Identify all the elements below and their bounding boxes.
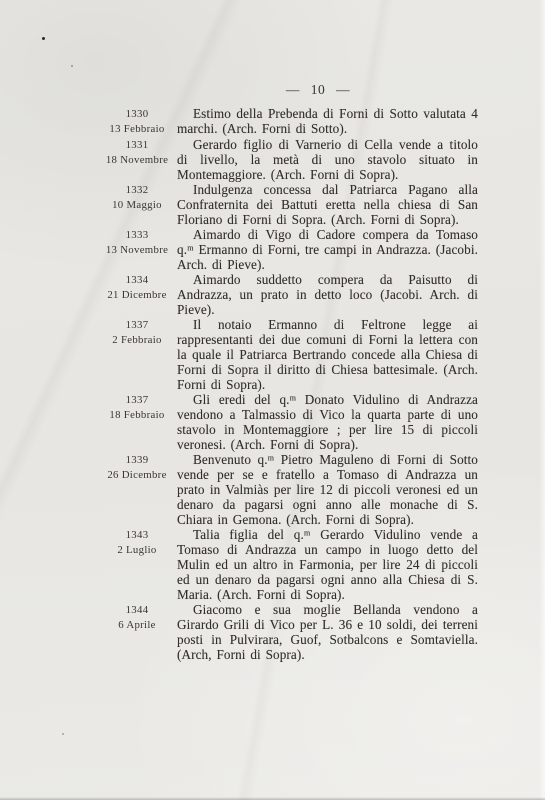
entry-date: 1333 13 Novembre [97, 227, 177, 258]
ink-speck [42, 37, 45, 40]
entry-day: 13 Febbraio [97, 122, 177, 137]
regesto-entry: 1339 26 Dicembre Benvenuto q.ᵐ Pietro Ma… [97, 452, 478, 527]
entry-text: Giacomo e sua moglie Bellanda vendono a … [177, 602, 478, 662]
entry-year: 1330 [97, 107, 177, 122]
ink-speck [62, 733, 64, 735]
page-number: — 10 — [240, 82, 396, 98]
regesto-entry: 1333 13 Novembre Aimardo di Vigo di Cado… [97, 227, 478, 272]
entry-text: Indulgenza concessa dal Patriarca Pagano… [177, 182, 478, 227]
entry-date: 1331 18 Novembre [97, 137, 177, 168]
entry-day: 13 Novembre [97, 243, 177, 258]
entry-date: 1339 26 Dicembre [97, 452, 177, 483]
entry-text: Il notaio Ermanno di Feltrone legge ai r… [177, 317, 478, 392]
entry-text: Talia figlia del q.ᵐ Gerardo Vidulino ve… [177, 527, 478, 602]
entry-year: 1339 [97, 453, 177, 468]
entry-text: Gerardo figlio di Varnerio di Cella vend… [177, 137, 478, 182]
entry-date: 1343 2 Luglio [97, 527, 177, 558]
entry-day: 18 Novembre [97, 153, 177, 168]
entry-day: 6 Aprile [97, 618, 177, 633]
ink-speck [71, 65, 73, 67]
entry-year: 1337 [97, 393, 177, 408]
entry-text: Aimardo di Vigo di Cadore compera da Tom… [177, 227, 478, 272]
regesto-entry: 1331 18 Novembre Gerardo figlio di Varne… [97, 137, 478, 182]
entry-text: Gli eredi del q.ᵐ Donato Vidulino di And… [177, 392, 478, 452]
entry-year: 1334 [97, 273, 177, 288]
book-page: — 10 — 1330 13 Febbraio Estimo della Pre… [0, 0, 545, 800]
entry-day: 26 Dicembre [97, 468, 177, 483]
entry-text: Estimo della Prebenda di Forni di Sotto … [177, 106, 478, 136]
entry-year: 1333 [97, 228, 177, 243]
entry-year: 1331 [97, 138, 177, 153]
regesto-entry: 1334 21 Dicembre Aimardo suddetto comper… [97, 272, 478, 317]
entry-date: 1330 13 Febbraio [97, 106, 177, 137]
entry-day: 2 Luglio [97, 543, 177, 558]
entry-text: Aimardo suddetto compera da Paisutto di … [177, 272, 478, 317]
entry-year: 1332 [97, 183, 177, 198]
regesto-entry: 1330 13 Febbraio Estimo della Prebenda d… [97, 106, 478, 137]
entry-day: 21 Dicembre [97, 288, 177, 303]
entry-date: 1337 2 Febbraio [97, 317, 177, 348]
entry-year: 1337 [97, 318, 177, 333]
regesto-entry: 1343 2 Luglio Talia figlia del q.ᵐ Gerar… [97, 527, 478, 602]
entry-text: Benvenuto q.ᵐ Pietro Maguleno di Forni d… [177, 452, 478, 527]
entry-date: 1334 21 Dicembre [97, 272, 177, 303]
entry-day: 10 Maggio [97, 198, 177, 213]
entry-date: 1332 10 Maggio [97, 182, 177, 213]
regesti-list: 1330 13 Febbraio Estimo della Prebenda d… [97, 106, 478, 662]
entry-year: 1344 [97, 603, 177, 618]
entry-day: 18 Febbraio [97, 408, 177, 423]
entry-date: 1337 18 Febbraio [97, 392, 177, 423]
page-edge-highlight [539, 0, 545, 800]
regesto-entry: 1344 6 Aprile Giacomo e sua moglie Bella… [97, 602, 478, 662]
regesto-entry: 1332 10 Maggio Indulgenza concessa dal P… [97, 182, 478, 227]
entry-day: 2 Febbraio [97, 333, 177, 348]
entry-date: 1344 6 Aprile [97, 602, 177, 633]
entry-year: 1343 [97, 528, 177, 543]
regesto-entry: 1337 2 Febbraio Il notaio Ermanno di Fel… [97, 317, 478, 392]
regesto-entry: 1337 18 Febbraio Gli eredi del q.ᵐ Donat… [97, 392, 478, 452]
